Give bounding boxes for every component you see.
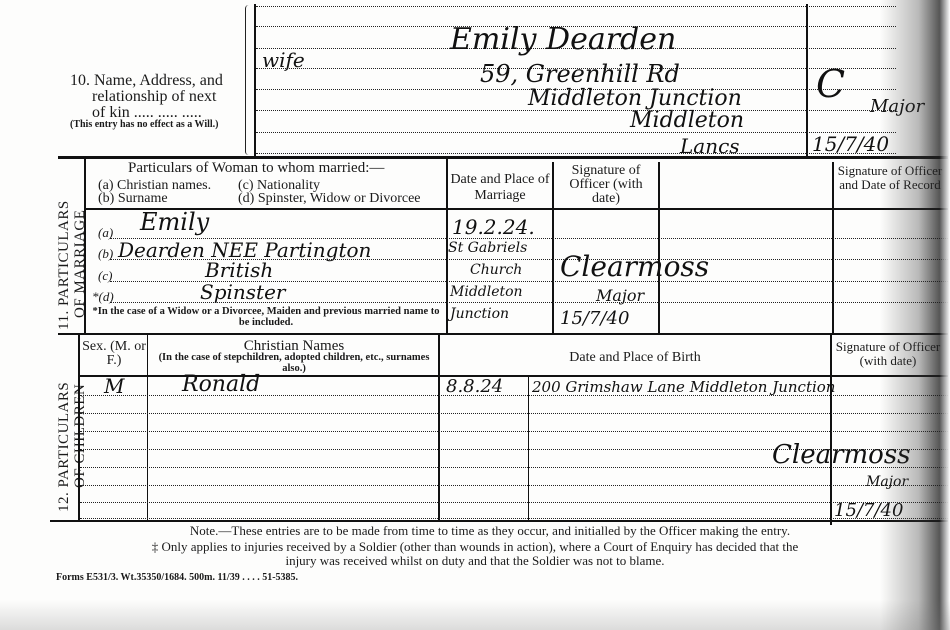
col-officer-signature: Signature of Officer (with date): [556, 164, 656, 206]
nok-address-line4: Lancs: [680, 134, 740, 158]
marriage-officer-signature: Clearmoss: [560, 250, 709, 283]
col-sex: Sex. (M. or F.): [82, 340, 146, 368]
nok-name: Emily Dearden: [450, 22, 676, 57]
footer-injury-line2: injury was received whilst on duty and t…: [60, 553, 890, 569]
paper-bottom-wear: [0, 600, 950, 630]
brace-decoration: [245, 5, 252, 155]
nok-relationship: wife: [262, 48, 305, 72]
child-birth-date: 8.8.24: [446, 376, 503, 397]
footer-forms-ref: Forms E531/3. Wt.35350/1684. 500m. 11/39…: [56, 572, 298, 583]
marriage-header-title: Particulars of Woman to whom married:—: [128, 160, 384, 177]
nok-will-note: (This entry has no effect as a Will.): [70, 120, 240, 130]
row-label-c: (c): [98, 268, 112, 284]
footer-note: Note.—These entries are to be made from …: [90, 523, 890, 539]
marriage-header-b: (b) Surname: [98, 191, 168, 207]
children-side-label-1: 12. PARTICULARS: [56, 382, 73, 512]
marriage-date: 19.2.24.: [452, 215, 535, 239]
marriage-place-4: Junction: [450, 306, 509, 322]
marriage-left-border: [84, 158, 86, 333]
paper-edge-shadow: [880, 0, 950, 630]
child-birth-place: 200 Grimshaw Lane Middleton Junction: [532, 378, 835, 396]
marriage-place-1: St Gabriels: [448, 240, 527, 256]
marriage-place-2: Church: [470, 262, 522, 278]
nok-officer-initial: C: [816, 62, 845, 106]
section-divider: [50, 520, 948, 522]
marriage-side-label-1: 11. PARTICULARS: [56, 200, 73, 330]
nok-address-line3: Middleton: [630, 108, 744, 133]
row-label-b: (b): [98, 246, 113, 262]
col-date-place-birth: Date and Place of Birth: [440, 350, 830, 366]
wife-status: Spinster: [200, 280, 285, 304]
section-divider: [58, 156, 948, 159]
child-name: Ronald: [182, 372, 260, 397]
child-sex: M: [104, 374, 124, 398]
marriage-footnote: *In the case of a Widow or a Divorcee, M…: [90, 306, 442, 328]
row-label-a: (a): [98, 225, 113, 241]
marriage-place-3: Middleton: [450, 284, 523, 300]
marriage-header-d: (d) Spinster, Widow or Divorcee: [238, 191, 421, 207]
row-label-d: *(d): [92, 289, 114, 305]
marriage-officer-date: 15/7/40: [560, 308, 629, 329]
children-left-border: [78, 335, 80, 520]
section-divider: [58, 333, 948, 335]
nok-address-line1: 59, Greenhill Rd: [480, 60, 680, 88]
wife-christian-names: Emily: [140, 208, 209, 236]
children-side-label-2: OF CHILDREN: [72, 384, 89, 488]
col-date-place-marriage: Date and Place of Marriage: [450, 172, 550, 204]
wife-nationality: British: [205, 258, 273, 282]
marriage-officer-rank: Major: [596, 286, 644, 305]
col-christian-names-sub: (In the case of stepchildren, adopted ch…: [150, 352, 438, 374]
nok-officer-date: 15/7/40: [812, 132, 889, 156]
marriage-side-label-2: OF MARRIAGE: [72, 210, 89, 318]
